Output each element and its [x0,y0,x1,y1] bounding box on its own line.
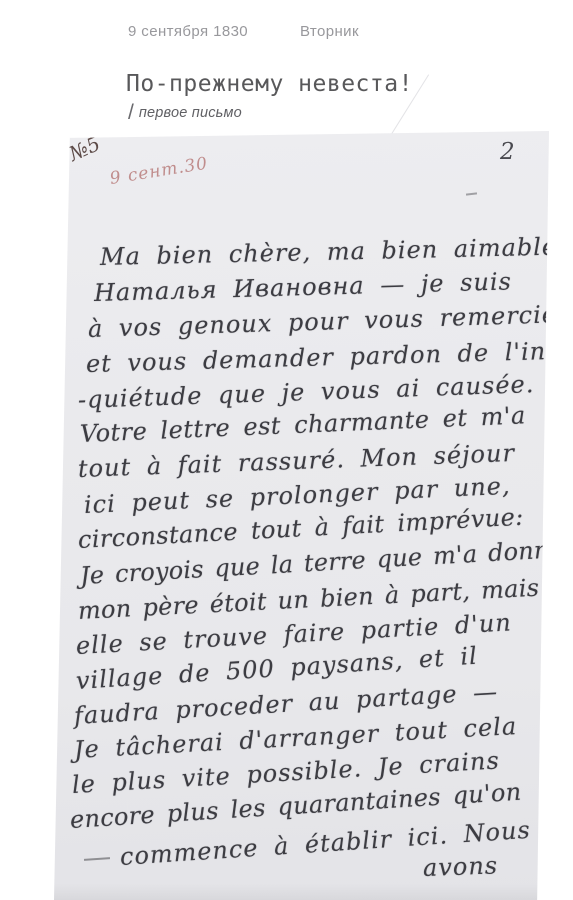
subtitle-label: первое письмо [139,105,242,121]
letter-scan-image: №5 9 сент.30 2 Ma bien chère, ma bien ai… [54,131,549,900]
article-page: 9 сентября 1830 Вторник По-прежнему неве… [0,0,573,900]
date-label: 9 сентября 1830 [128,23,248,40]
subtitle: /первое письмо [128,99,242,123]
handwritten-catchword: avons [423,851,499,882]
margin-dash-mark [84,857,110,861]
archival-number-mark: №5 [65,131,104,166]
page-title: По-прежнему невеста! [126,71,413,97]
handwritten-line: Наталья Ивановна — je suis [94,267,513,307]
handwritten-line: Ma bien chère, ma bien aimable [100,233,558,271]
subtitle-slash: / [128,101,134,125]
page-number-mark: 2 [500,139,515,165]
pencil-date-mark: 9 сент.30 [108,154,209,189]
meta-row: 9 сентября 1830 Вторник [128,23,548,43]
weekday-label: Вторник [300,23,359,40]
handwritten-line: à vos genoux pour vous remercier [88,300,570,343]
small-pencil-dash [466,192,477,195]
